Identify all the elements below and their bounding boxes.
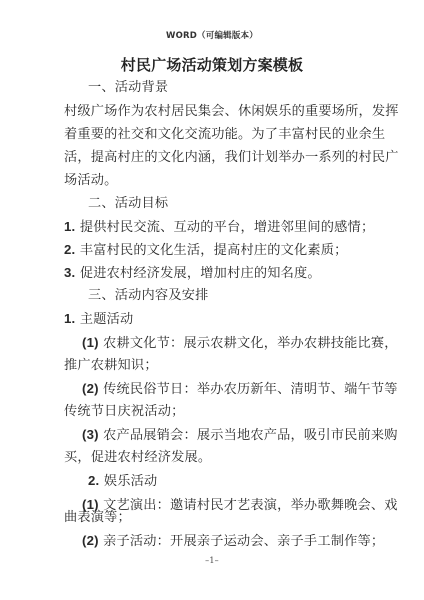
list-text: 丰富村民的文化生活，提高村庄的文化素质； [80, 243, 348, 258]
list-number: 3. [64, 265, 75, 280]
subsection-label: 娱乐活动 [104, 474, 158, 489]
list-item: (2) 亲子活动：开展亲子运动会、亲子手工制作等； [82, 533, 384, 550]
section-heading-goals: 二、活动目标 [88, 196, 168, 212]
list-item: 1. 提供村民交流、互动的平台，增进邻里间的感情； [64, 219, 374, 236]
list-text: 农产品展销会：展示当地农产品，吸引市民前来购 [103, 428, 398, 443]
list-text: 提供村民交流、互动的平台，增进邻里间的感情； [80, 220, 375, 235]
section-heading-background: 一、活动背景 [88, 80, 168, 96]
list-item: (3) 农产品展销会：展示当地农产品，吸引市民前来购 [82, 427, 398, 444]
list-item: (2) 传统民俗节日：举办农历新年、清明节、端午节等 [82, 381, 398, 398]
list-text: 亲子活动：开展亲子运动会、亲子手工制作等； [103, 534, 384, 549]
list-number: (2) [82, 381, 99, 396]
list-number: (3) [82, 427, 99, 442]
subsection-heading: 1. 主题活动 [64, 311, 133, 328]
list-number: 2. [64, 242, 75, 257]
list-item: 3. 促进农村经济发展，增加村庄的知名度。 [64, 265, 321, 282]
version-header: WORD（可编辑版本） [0, 30, 424, 42]
subsection-heading: 2. 娱乐活动 [88, 473, 157, 490]
document-title: 村民广场活动策划方案模板 [0, 55, 424, 75]
list-item: 2. 丰富村民的文化生活，提高村庄的文化素质； [64, 242, 348, 259]
list-number: 1. [64, 311, 75, 326]
list-continuation: 推广农耕知识； [64, 358, 158, 374]
list-continuation: 曲表演等； [64, 510, 131, 526]
list-continuation: 买，促进农村经济发展。 [64, 450, 211, 466]
subsection-label: 主题活动 [80, 312, 134, 327]
list-text: 文艺演出：邀请村民才艺表演，举办歌舞晚会、戏 [103, 498, 398, 513]
paragraph-line: 着重要的社交和文化交流功能。为了丰富村民的业余生 [64, 127, 385, 143]
paragraph-line: 场活动。 [64, 173, 118, 189]
list-number: 1. [64, 219, 75, 234]
list-text: 传统民俗节日：举办农历新年、清明节、端午节等 [103, 382, 398, 397]
list-number: 2. [88, 473, 99, 488]
list-continuation: 传统节日庆祝活动； [64, 404, 185, 420]
page-number: –1– [0, 556, 424, 566]
list-number: (1) [82, 335, 99, 350]
paragraph-line: 村级广场作为农村居民集会、休闲娱乐的重要场所，发挥 [64, 104, 399, 120]
list-text: 农耕文化节：展示农耕文化，举办农耕技能比赛， [103, 336, 398, 351]
section-heading-content: 三、活动内容及安排 [88, 288, 209, 304]
paragraph-line: 活，提高村庄的文化内涵，我们计划举办一系列的村民广 [64, 150, 399, 166]
list-text: 促进农村经济发展，增加村庄的知名度。 [80, 266, 321, 281]
list-number: (2) [82, 533, 99, 548]
list-item: (1) 农耕文化节：展示农耕文化，举办农耕技能比赛， [82, 335, 398, 352]
